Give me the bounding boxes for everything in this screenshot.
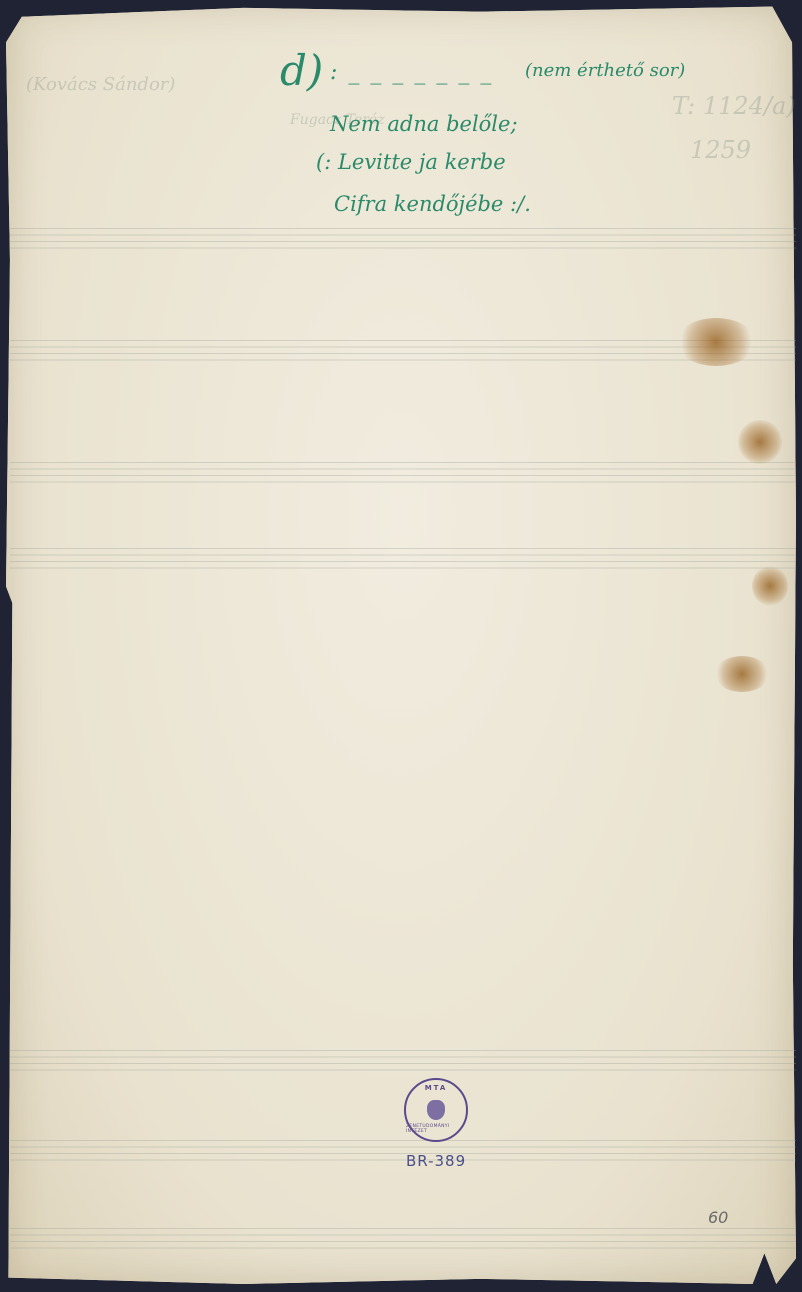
bleed-through-text: (Kovács Sándor) xyxy=(26,74,175,95)
staff-lines xyxy=(10,1140,796,1166)
stain xyxy=(738,420,782,464)
stain xyxy=(714,656,770,692)
lyric-line-2: (: Levitte ja kerbe xyxy=(316,150,506,174)
staff-lines xyxy=(10,548,796,574)
page-number: 60 xyxy=(708,1208,728,1227)
bleed-through-text: T: 1124/a) xyxy=(672,92,796,120)
archive-stamp: MTA ZENETUDOMÁNYI INTÉZET xyxy=(404,1078,468,1142)
section-label: d) xyxy=(280,46,323,95)
lyric-line-1: Nem adna belőle; xyxy=(330,112,518,136)
staff-lines xyxy=(10,462,796,488)
stain xyxy=(752,566,788,606)
bleed-through-text: 1259 xyxy=(690,136,751,164)
stain xyxy=(676,318,756,366)
stamp-top-text: MTA xyxy=(425,1084,448,1092)
call-number: BR-389 xyxy=(406,1152,466,1170)
dash-placeholder: : _ _ _ _ _ _ _ xyxy=(330,60,493,85)
staff-lines xyxy=(10,1050,796,1076)
stamp-bottom-text: ZENETUDOMÁNYI INTÉZET xyxy=(406,1124,466,1134)
lyric-line-3: Cifra kendőjébe :/. xyxy=(334,192,531,216)
staff-lines xyxy=(10,228,796,254)
coat-of-arms-icon xyxy=(427,1100,445,1120)
staff-lines xyxy=(10,1228,796,1254)
editor-note: (nem érthető sor) xyxy=(525,60,685,81)
